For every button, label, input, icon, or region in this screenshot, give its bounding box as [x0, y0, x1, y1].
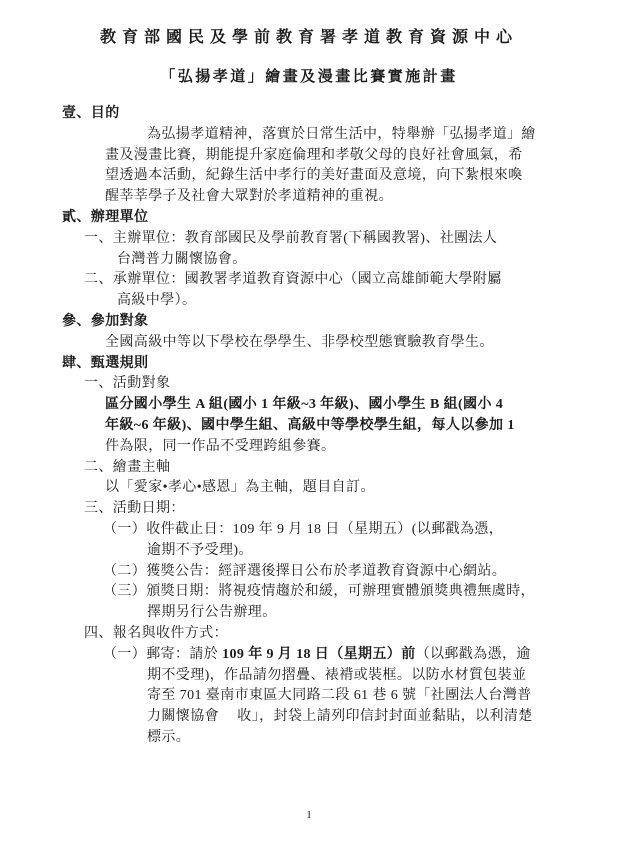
- doc-line: 壹、目的: [62, 104, 618, 125]
- doc-text: 畫及漫畫比賽，期能提升家庭倫理和孝敬父母的良好社會風氣，希: [105, 148, 523, 163]
- document-title: 教育部國民及學前教育署孝道教育資源中心: [0, 0, 618, 48]
- doc-line: 台灣普力關懷協會。: [117, 250, 618, 271]
- doc-text: 一、活動對象: [84, 376, 170, 391]
- doc-text: 力關懷協會 收」，封袋上請列印信封封面並黏貼，以利清楚: [147, 709, 533, 724]
- doc-text: 標示。: [147, 730, 190, 745]
- doc-text: 台灣普力關懷協會。: [117, 252, 247, 267]
- doc-text: 望透過本活動，紀錄生活中孝行的美好畫面及意境，向下紮根來喚: [105, 168, 523, 183]
- doc-text: 高級中學）。: [117, 293, 196, 308]
- doc-line: 二、繪畫主軸: [84, 458, 618, 479]
- doc-text: 四、報名與收件方式：: [84, 626, 228, 641]
- doc-line: （一）郵寄：請於 109 年 9 月 18 日（星期五）前（以郵戳為憑，逾: [103, 645, 618, 666]
- page-number: 1: [0, 809, 618, 821]
- doc-text: （二）獲獎公告：經評選後擇日公布於孝道教育資源中心網站。: [103, 564, 506, 579]
- doc-line: 區分國小學生 A 組(國小 1 年級~3 年級)、國小學生 B 組(國小 4: [105, 395, 618, 416]
- doc-line: 四、報名與收件方式：: [84, 624, 618, 645]
- doc-line: 寄至 701 臺南市東區大同路二段 61 巷 6 號「社團法人台灣普: [147, 686, 618, 707]
- doc-line: 三、活動日期：: [84, 499, 618, 520]
- doc-text: 擇期另行公告辦理。: [147, 605, 277, 620]
- doc-line: 肆、甄選規則: [62, 354, 618, 375]
- doc-line: 全國高級中等以下學校在學學生、非學校型態實驗教育學生。: [105, 333, 618, 354]
- doc-line: 高級中學）。: [117, 291, 618, 312]
- doc-line: 畫及漫畫比賽，期能提升家庭倫理和孝敬父母的良好社會風氣，希: [105, 146, 618, 167]
- doc-text: 二、繪畫主軸: [84, 460, 170, 475]
- document-subtitle: 「弘揚孝道」繪畫及漫畫比賽實施計畫: [0, 67, 618, 88]
- doc-line: 一、活動對象: [84, 374, 618, 395]
- doc-text: 以「愛家•孝心•感恩」為主軸，題目自訂。: [105, 480, 375, 495]
- doc-text: （一）郵寄：請於: [103, 647, 222, 662]
- doc-text: 寄至 701 臺南市東區大同路二段 61 巷 6 號「社團法人台灣普: [147, 688, 532, 703]
- doc-line: 醒莘莘學子及社會大眾對於孝道精神的重視。: [105, 187, 618, 208]
- doc-line: 力關懷協會 收」，封袋上請列印信封封面並黏貼，以利清楚: [147, 707, 618, 728]
- doc-text: 三、活動日期：: [84, 501, 185, 516]
- doc-text: 109 年 9 月 18 日（星期五）前: [222, 647, 416, 662]
- doc-line: 參、參加對象: [62, 312, 618, 333]
- doc-line: 年級~6 年級)、國中學生組、高級中等學校學生組，每人以參加 1: [105, 416, 618, 437]
- document-page: 教育部國民及學前教育署孝道教育資源中心 「弘揚孝道」繪畫及漫畫比賽實施計畫 壹、…: [0, 0, 618, 845]
- doc-line: 貳、辦理單位: [62, 208, 618, 229]
- doc-text: 區分國小學生 A 組(國小 1 年級~3 年級)、國小學生 B 組(國小 4: [105, 397, 503, 412]
- doc-line: 期不受理)，作品請勿摺疊、裱褙或裝框。以防水材質包裝並: [147, 666, 618, 687]
- doc-text: 參、參加對象: [62, 314, 148, 329]
- doc-line: 件為限，同一作品不受理跨組參賽。: [105, 437, 618, 458]
- doc-line: 擇期另行公告辦理。: [147, 603, 618, 624]
- doc-line: 以「愛家•孝心•感恩」為主軸，題目自訂。: [105, 478, 618, 499]
- doc-text: 逾期不予受理)。: [147, 543, 253, 558]
- doc-text: 期不受理)，作品請勿摺疊、裱褙或裝框。以防水材質包裝並: [147, 668, 526, 683]
- doc-text: 件為限，同一作品不受理跨組參賽。: [105, 439, 335, 454]
- doc-line: （一）收件截止日：109 年 9 月 18 日（星期五）(以郵戳為憑，: [103, 520, 618, 541]
- doc-text: 醒莘莘學子及社會大眾對於孝道精神的重視。: [105, 189, 393, 204]
- doc-text: 壹、目的: [62, 106, 120, 121]
- doc-text: 年級~6 年級)、國中學生組、高級中等學校學生組，每人以參加 1: [105, 418, 515, 433]
- doc-line: 二、承辦單位：國教署孝道教育資源中心（國立高雄師範大學附屬: [84, 270, 618, 291]
- doc-line: 逾期不予受理)。: [147, 541, 618, 562]
- doc-line: （二）獲獎公告：經評選後擇日公布於孝道教育資源中心網站。: [103, 562, 618, 583]
- doc-text: （三）頒獎日期：將視疫情趨於和緩，可辦理實體頒獎典禮無虞時，: [103, 584, 535, 599]
- doc-line: 望透過本活動，紀錄生活中孝行的美好畫面及意境，向下紮根來喚: [105, 166, 618, 187]
- doc-line: 一、主辦單位：教育部國民及學前教育署(下稱國教署)、社團法人: [84, 229, 618, 250]
- doc-text: 肆、甄選規則: [62, 356, 148, 371]
- doc-text: （一）收件截止日：109 年 9 月 18 日（星期五）(以郵戳為憑，: [103, 522, 503, 537]
- doc-text: 一、主辦單位：教育部國民及學前教育署(下稱國教署)、社團法人: [84, 231, 497, 246]
- doc-line: （三）頒獎日期：將視疫情趨於和緩，可辦理實體頒獎典禮無虞時，: [103, 582, 618, 603]
- document-lines: 壹、目的為弘揚孝道精神，落實於日常生活中，特舉辦「弘揚孝道」繪畫及漫畫比賽，期能…: [0, 104, 618, 749]
- doc-text: 二、承辦單位：國教署孝道教育資源中心（國立高雄師範大學附屬: [84, 272, 502, 287]
- doc-text: 全國高級中等以下學校在學學生、非學校型態實驗教育學生。: [105, 335, 494, 350]
- doc-line: 標示。: [147, 728, 618, 749]
- doc-text: 為弘揚孝道精神，落實於日常生活中，特舉辦「弘揚孝道」繪: [147, 127, 536, 142]
- doc-line: 為弘揚孝道精神，落實於日常生活中，特舉辦「弘揚孝道」繪: [147, 125, 618, 146]
- doc-text: （以郵戳為憑，逾: [416, 647, 531, 662]
- doc-text: 貳、辦理單位: [62, 210, 148, 225]
